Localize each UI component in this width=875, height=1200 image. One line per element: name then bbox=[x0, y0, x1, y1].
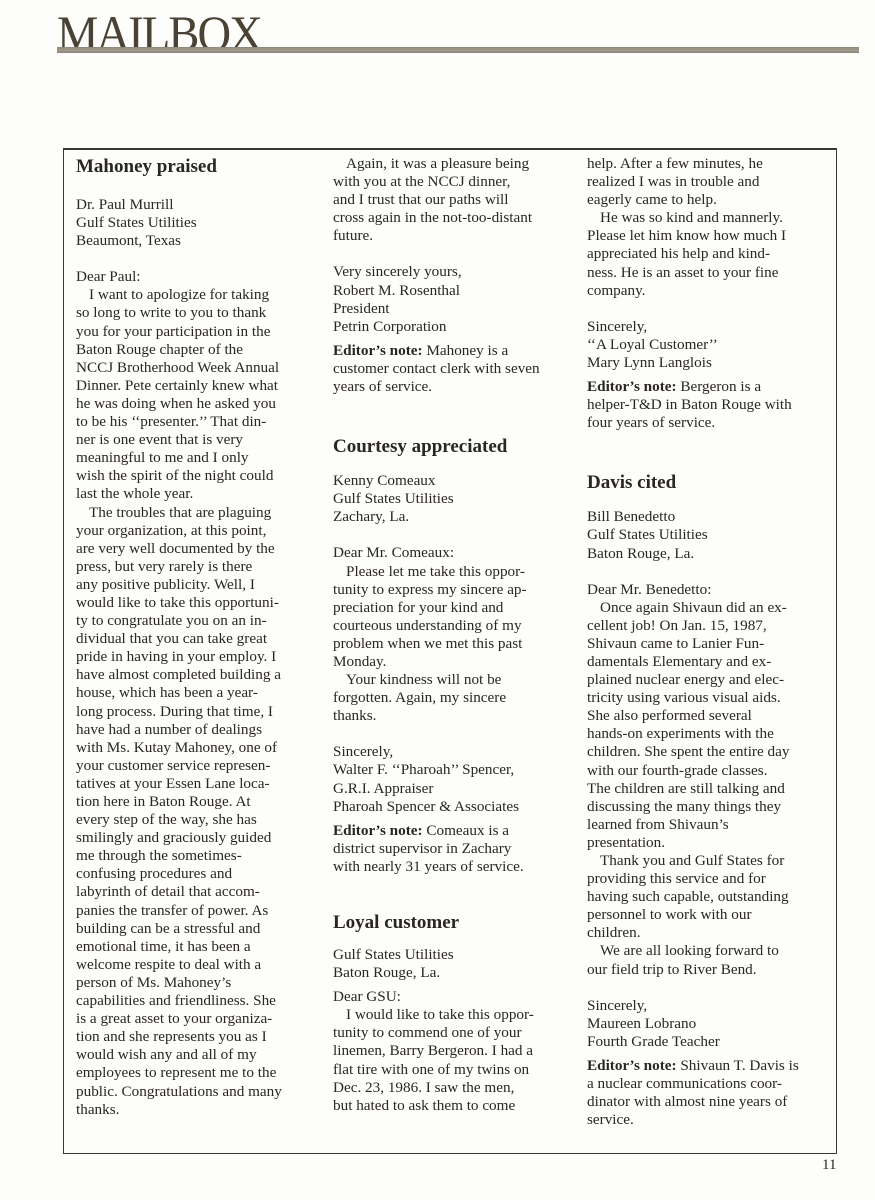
text-line: and I trust that our paths will bbox=[333, 191, 573, 209]
editor-note: Editor’s note: Shivaun T. Davis isa nucl… bbox=[587, 1057, 827, 1129]
text-line: customer contact clerk with seven bbox=[333, 360, 573, 378]
editor-note: Editor’s note: Mahoney is acustomer cont… bbox=[333, 342, 573, 396]
text-line: She also performed several bbox=[587, 707, 827, 725]
salutation: Dear Paul: bbox=[76, 268, 326, 286]
text-line: ty to congratulate you on an in- bbox=[76, 612, 326, 630]
editor-note-label: Editor’s note: bbox=[333, 822, 426, 839]
letter-body: I want to apologize for takingso long to… bbox=[76, 286, 326, 1118]
text-line: plained nuclear energy and elec- bbox=[587, 671, 827, 689]
salutation: Dear Mr. Comeaux: bbox=[333, 544, 573, 562]
text-line: courteous understanding of my bbox=[333, 617, 573, 635]
text-line: with our fourth-grade classes. bbox=[587, 762, 827, 780]
text-line: presentation. bbox=[587, 834, 827, 852]
text-line: forgotten. Again, my sincere bbox=[333, 689, 573, 707]
editor-note: Editor’s note: Bergeron is ahelper-T&D i… bbox=[587, 378, 827, 432]
text-line: to be his ‘‘presenter.’’ That din- bbox=[76, 413, 326, 431]
text-line: cross again in the not-too-distant bbox=[333, 209, 573, 227]
editor-note: Editor’s note: Comeaux is adistrict supe… bbox=[333, 822, 573, 876]
text-line: house, which has been a year- bbox=[76, 684, 326, 702]
text-line: preciation for your kind and bbox=[333, 599, 573, 617]
text-line: public. Congratulations and many bbox=[76, 1083, 326, 1101]
text-line: Shivaun came to Lanier Fun- bbox=[587, 635, 827, 653]
text-line: company. bbox=[587, 282, 827, 300]
letter-body-continued: help. After a few minutes, herealized I … bbox=[587, 155, 827, 300]
text-line: so long to write to you to thank bbox=[76, 304, 326, 322]
text-line: Dec. 23, 1986. I saw the men, bbox=[333, 1079, 573, 1097]
letter-closing: Sincerely, Walter F. ‘‘Pharoah’’ Spencer… bbox=[333, 743, 573, 815]
text-line: tunity to express my sincere ap- bbox=[333, 581, 573, 599]
text-line: but hated to ask them to come bbox=[333, 1097, 573, 1115]
text-line: service. bbox=[587, 1111, 827, 1129]
text-line: Again, it was a pleasure being bbox=[333, 155, 573, 173]
text-line: help. After a few minutes, he bbox=[587, 155, 827, 173]
text-line: are very well documented by the bbox=[76, 540, 326, 558]
text-line: long process. During that time, I bbox=[76, 703, 326, 721]
text-line: Once again Shivaun did an ex- bbox=[587, 599, 827, 617]
text-line: would wish any and all of my bbox=[76, 1046, 326, 1064]
text-line: panies the transfer of power. As bbox=[76, 902, 326, 920]
letter-body: Once again Shivaun did an ex-cellent job… bbox=[587, 599, 827, 979]
text-line: with Ms. Kutay Mahoney, one of bbox=[76, 739, 326, 757]
letter-address: Bill Benedetto Gulf States Utilities Bat… bbox=[587, 508, 827, 562]
text-line: our field trip to River Bend. bbox=[587, 961, 827, 979]
masthead-rule bbox=[57, 47, 859, 53]
text-line: eagerly came to help. bbox=[587, 191, 827, 209]
text-line: thanks. bbox=[333, 707, 573, 725]
letter-address: Dr. Paul Murrill Gulf States Utilities B… bbox=[76, 196, 326, 250]
text-line: children. She spent the entire day bbox=[587, 743, 827, 761]
editor-note-label: Editor’s note: bbox=[333, 342, 426, 359]
text-line: personnel to work with our bbox=[587, 906, 827, 924]
column-1: Mahoney praised Dr. Paul Murrill Gulf St… bbox=[76, 156, 326, 1119]
text-line: person of Ms. Mahoney’s bbox=[76, 974, 326, 992]
text-line: press, but very rarely is there bbox=[76, 558, 326, 576]
text-line: ner is one event that is very bbox=[76, 431, 326, 449]
text-line: meaningful to me and I only bbox=[76, 449, 326, 467]
text-line: providing this service and for bbox=[587, 870, 827, 888]
text-line: cellent job! On Jan. 15, 1987, bbox=[587, 617, 827, 635]
text-line: a nuclear communications coor- bbox=[587, 1075, 827, 1093]
text-line: ness. He is an asset to your fine bbox=[587, 264, 827, 282]
text-line: tatives at your Essen Lane loca- bbox=[76, 775, 326, 793]
text-line: have had a number of dealings bbox=[76, 721, 326, 739]
text-line: tunity to commend one of your bbox=[333, 1024, 573, 1042]
text-line: The troubles that are plaguing bbox=[76, 504, 326, 522]
text-line: future. bbox=[333, 227, 573, 245]
text-line: capabilities and friendliness. She bbox=[76, 992, 326, 1010]
editor-note-label: Editor’s note: bbox=[587, 378, 680, 395]
column-2: Again, it was a pleasure beingwith you a… bbox=[333, 155, 573, 1115]
text-line: smilingly and graciously guided bbox=[76, 829, 326, 847]
letter-body: I would like to take this oppor-tunity t… bbox=[333, 1006, 573, 1115]
text-line: Your kindness will not be bbox=[333, 671, 573, 689]
text-line: children. bbox=[587, 924, 827, 942]
text-line: tion here in Baton Rouge. At bbox=[76, 793, 326, 811]
text-line: having such capable, outstanding bbox=[587, 888, 827, 906]
text-line: is a great asset to your organiza- bbox=[76, 1010, 326, 1028]
text-line: your organization, at this point, bbox=[76, 522, 326, 540]
letter-address: Gulf States Utilities Baton Rouge, La. bbox=[333, 946, 573, 982]
page-number: 11 bbox=[822, 1157, 836, 1174]
text-line: Editor’s note: Bergeron is a bbox=[587, 378, 827, 396]
text-line: Editor’s note: Mahoney is a bbox=[333, 342, 573, 360]
editor-note-label: Editor’s note: bbox=[587, 1057, 680, 1074]
text-line: Please let him know how much I bbox=[587, 227, 827, 245]
text-line: tion and she represents you as I bbox=[76, 1028, 326, 1046]
text-line: wish the spirit of the night could bbox=[76, 467, 326, 485]
text-line: Editor’s note: Shivaun T. Davis is bbox=[587, 1057, 827, 1075]
text-line: I would like to take this oppor- bbox=[333, 1006, 573, 1024]
text-line: employees to represent me to the bbox=[76, 1064, 326, 1082]
letter-heading: Davis cited bbox=[587, 472, 827, 494]
text-line: pride in having in your employ. I bbox=[76, 648, 326, 666]
text-line: confusing procedures and bbox=[76, 865, 326, 883]
text-line: helper-T&D in Baton Rouge with bbox=[587, 396, 827, 414]
text-line: would like to take this opportuni- bbox=[76, 594, 326, 612]
column-3: help. After a few minutes, herealized I … bbox=[587, 155, 827, 1129]
text-line: NCCJ Brotherhood Week Annual bbox=[76, 359, 326, 377]
text-line: you for your participation in the bbox=[76, 323, 326, 341]
text-line: with nearly 31 years of service. bbox=[333, 858, 573, 876]
text-line: I want to apologize for taking bbox=[76, 286, 326, 304]
text-line: building can be a stressful and bbox=[76, 920, 326, 938]
text-line: He was so kind and mannerly. bbox=[587, 209, 827, 227]
text-line: damentals Elementary and ex- bbox=[587, 653, 827, 671]
letter-closing: Very sincerely yours, Robert M. Rosentha… bbox=[333, 263, 573, 335]
text-line: with you at the NCCJ dinner, bbox=[333, 173, 573, 191]
text-line: Dinner. Pete certainly knew what bbox=[76, 377, 326, 395]
text-line: We are all looking forward to bbox=[587, 942, 827, 960]
text-line: any positive publicity. Well, I bbox=[76, 576, 326, 594]
letter-body-continued: Again, it was a pleasure beingwith you a… bbox=[333, 155, 573, 245]
text-line: Baton Rouge chapter of the bbox=[76, 341, 326, 359]
salutation: Dear GSU: bbox=[333, 988, 573, 1006]
letter-body: Please let me take this oppor-tunity to … bbox=[333, 563, 573, 726]
text-line: hands-on experiments with the bbox=[587, 725, 827, 743]
text-line: discussing the many things they bbox=[587, 798, 827, 816]
text-line: dividual that you can take great bbox=[76, 630, 326, 648]
text-line: tricity using various visual aids. bbox=[587, 689, 827, 707]
letter-heading: Mahoney praised bbox=[76, 156, 326, 178]
text-line: your customer service represen- bbox=[76, 757, 326, 775]
letter-closing: Sincerely, Maureen Lobrano Fourth Grade … bbox=[587, 997, 827, 1051]
letter-heading: Courtesy appreciated bbox=[333, 436, 573, 458]
text-line: flat tire with one of my twins on bbox=[333, 1061, 573, 1079]
text-line: labyrinth of detail that accom- bbox=[76, 883, 326, 901]
text-line: dinator with almost nine years of bbox=[587, 1093, 827, 1111]
text-line: welcome respite to deal with a bbox=[76, 956, 326, 974]
letter-closing: Sincerely, ‘‘A Loyal Customer’’ Mary Lyn… bbox=[587, 318, 827, 372]
text-line: he was doing when he asked you bbox=[76, 395, 326, 413]
text-line: Thank you and Gulf States for bbox=[587, 852, 827, 870]
text-line: emotional time, it has been a bbox=[76, 938, 326, 956]
text-line: years of service. bbox=[333, 378, 573, 396]
text-line: have almost completed building a bbox=[76, 666, 326, 684]
text-line: realized I was in trouble and bbox=[587, 173, 827, 191]
text-line: appreciated his help and kind- bbox=[587, 245, 827, 263]
letter-address: Kenny Comeaux Gulf States Utilities Zach… bbox=[333, 472, 573, 526]
text-line: last the whole year. bbox=[76, 485, 326, 503]
text-line: Editor’s note: Comeaux is a bbox=[333, 822, 573, 840]
text-line: every step of the way, she has bbox=[76, 811, 326, 829]
text-line: problem when we met this past bbox=[333, 635, 573, 653]
text-line: district supervisor in Zachary bbox=[333, 840, 573, 858]
text-line: four years of service. bbox=[587, 414, 827, 432]
text-line: learned from Shivaun’s bbox=[587, 816, 827, 834]
letter-heading: Loyal customer bbox=[333, 912, 573, 934]
text-line: Monday. bbox=[333, 653, 573, 671]
salutation: Dear Mr. Benedetto: bbox=[587, 581, 827, 599]
text-line: linemen, Barry Bergeron. I had a bbox=[333, 1042, 573, 1060]
text-line: thanks. bbox=[76, 1101, 326, 1119]
text-line: The children are still talking and bbox=[587, 780, 827, 798]
text-line: me through the sometimes- bbox=[76, 847, 326, 865]
text-line: Please let me take this oppor- bbox=[333, 563, 573, 581]
